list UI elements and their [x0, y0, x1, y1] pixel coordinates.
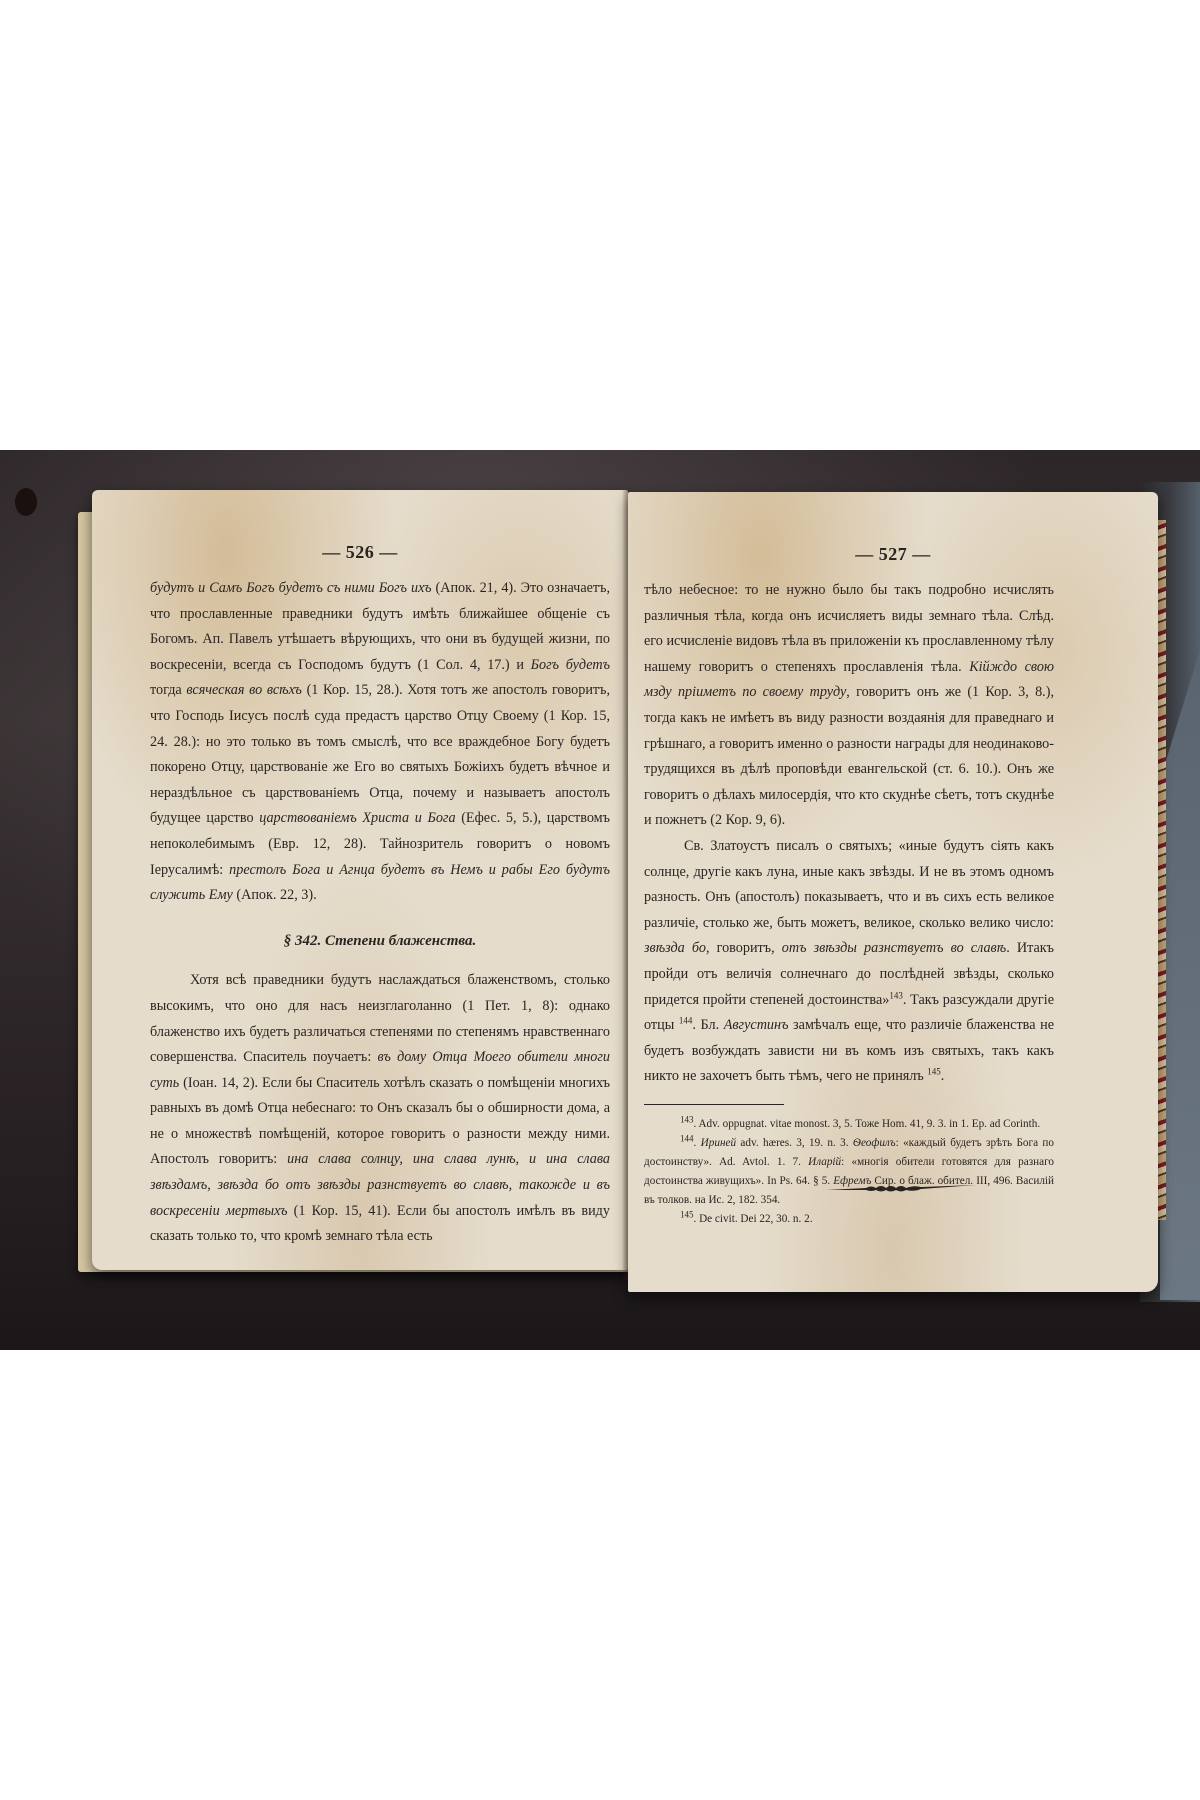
paragraph: будутъ и Самъ Богъ будетъ съ ними Богъ и… — [150, 576, 610, 909]
footnotes: 143. Adv. oppugnat. vitae monost. 3, 5. … — [644, 1115, 1054, 1229]
italic-text: Богъ будетъ — [531, 657, 610, 673]
page-number-left: — 526 — — [92, 542, 628, 563]
italic-text: царствованіемъ Христа и Бога — [259, 810, 455, 826]
italic-text: будутъ и Самъ Богъ будетъ съ ними Богъ и… — [150, 580, 431, 596]
footnote-ref: 144 — [679, 1015, 693, 1025]
footnote: 145. De civit. Dei 22, 30. n. 2. — [644, 1210, 1054, 1229]
italic-text: отъ звѣзды разнствуетъ во славѣ — [782, 940, 1006, 956]
italic-text: звѣзда бо — [644, 940, 706, 956]
text-run: (1 Кор. 15, 28.). Хотя тотъ же апостолъ … — [150, 682, 610, 826]
footnote-ref: 143 — [889, 990, 903, 1000]
text-run: adv. hæres. 3, 19. n. 3. — [736, 1137, 853, 1149]
page-number-right: — 527 — — [628, 544, 1158, 565]
text-run: (Апок. 22, 3). — [233, 887, 317, 903]
footnote-ref: 145 — [927, 1067, 941, 1077]
text-run: . — [941, 1068, 945, 1084]
text-run: . De civit. Dei 22, 30. n. 2. — [694, 1213, 813, 1225]
right-page: — 527 — тѣло небесное: то не нужно было … — [628, 492, 1158, 1292]
italic-text: Ириней — [701, 1137, 736, 1149]
footnote-ref: 144 — [680, 1133, 694, 1143]
text-run: . — [694, 1137, 701, 1149]
text-run: . Adv. oppugnat. vitae monost. 3, 5. Тож… — [694, 1118, 1041, 1130]
right-page-body: тѣло небесное: то не нужно было бы такъ … — [644, 578, 1054, 1229]
cloth-stain — [15, 488, 37, 516]
footnote-divider — [644, 1104, 784, 1105]
text-run: . Бл. — [692, 1017, 723, 1033]
paragraph: тѣло небесное: то не нужно было бы такъ … — [644, 578, 1054, 834]
book-photo: — 526 — будутъ и Самъ Богъ будетъ съ ним… — [0, 450, 1200, 1350]
left-page-body: будутъ и Самъ Богъ будетъ съ ними Богъ и… — [150, 576, 610, 1250]
footnote: 144. Ириней adv. hæres. 3, 19. n. 3. Ѳео… — [644, 1134, 1054, 1210]
paragraph: Св. Златоустъ писалъ о святыхъ; «иные бу… — [644, 834, 1054, 1090]
text-run: тогда — [150, 682, 186, 698]
italic-text: Ѳеофилъ — [853, 1137, 896, 1149]
text-run: Св. Златоустъ писалъ о святыхъ; «иные бу… — [644, 838, 1054, 931]
section-heading: § 342. Степени блаженства. — [150, 929, 610, 955]
italic-text: Иларій — [808, 1156, 841, 1168]
italic-text: всяческая во всѣхъ — [186, 682, 301, 698]
tailpiece-ornament-icon — [826, 1180, 976, 1196]
text-run: , говоритъ, — [706, 940, 782, 956]
left-page: — 526 — будутъ и Самъ Богъ будетъ съ ним… — [92, 490, 628, 1270]
paragraph: Хотя всѣ праведники будутъ наслаждаться … — [150, 968, 610, 1250]
footnote: 143. Adv. oppugnat. vitae monost. 3, 5. … — [644, 1115, 1054, 1134]
italic-text: Августинъ — [724, 1017, 789, 1033]
footnote-ref: 145 — [680, 1209, 694, 1219]
footnote-ref: 143 — [680, 1114, 694, 1124]
text-run: , говоритъ онъ же (1 Кор. 3, 8.), тогда … — [644, 684, 1054, 828]
